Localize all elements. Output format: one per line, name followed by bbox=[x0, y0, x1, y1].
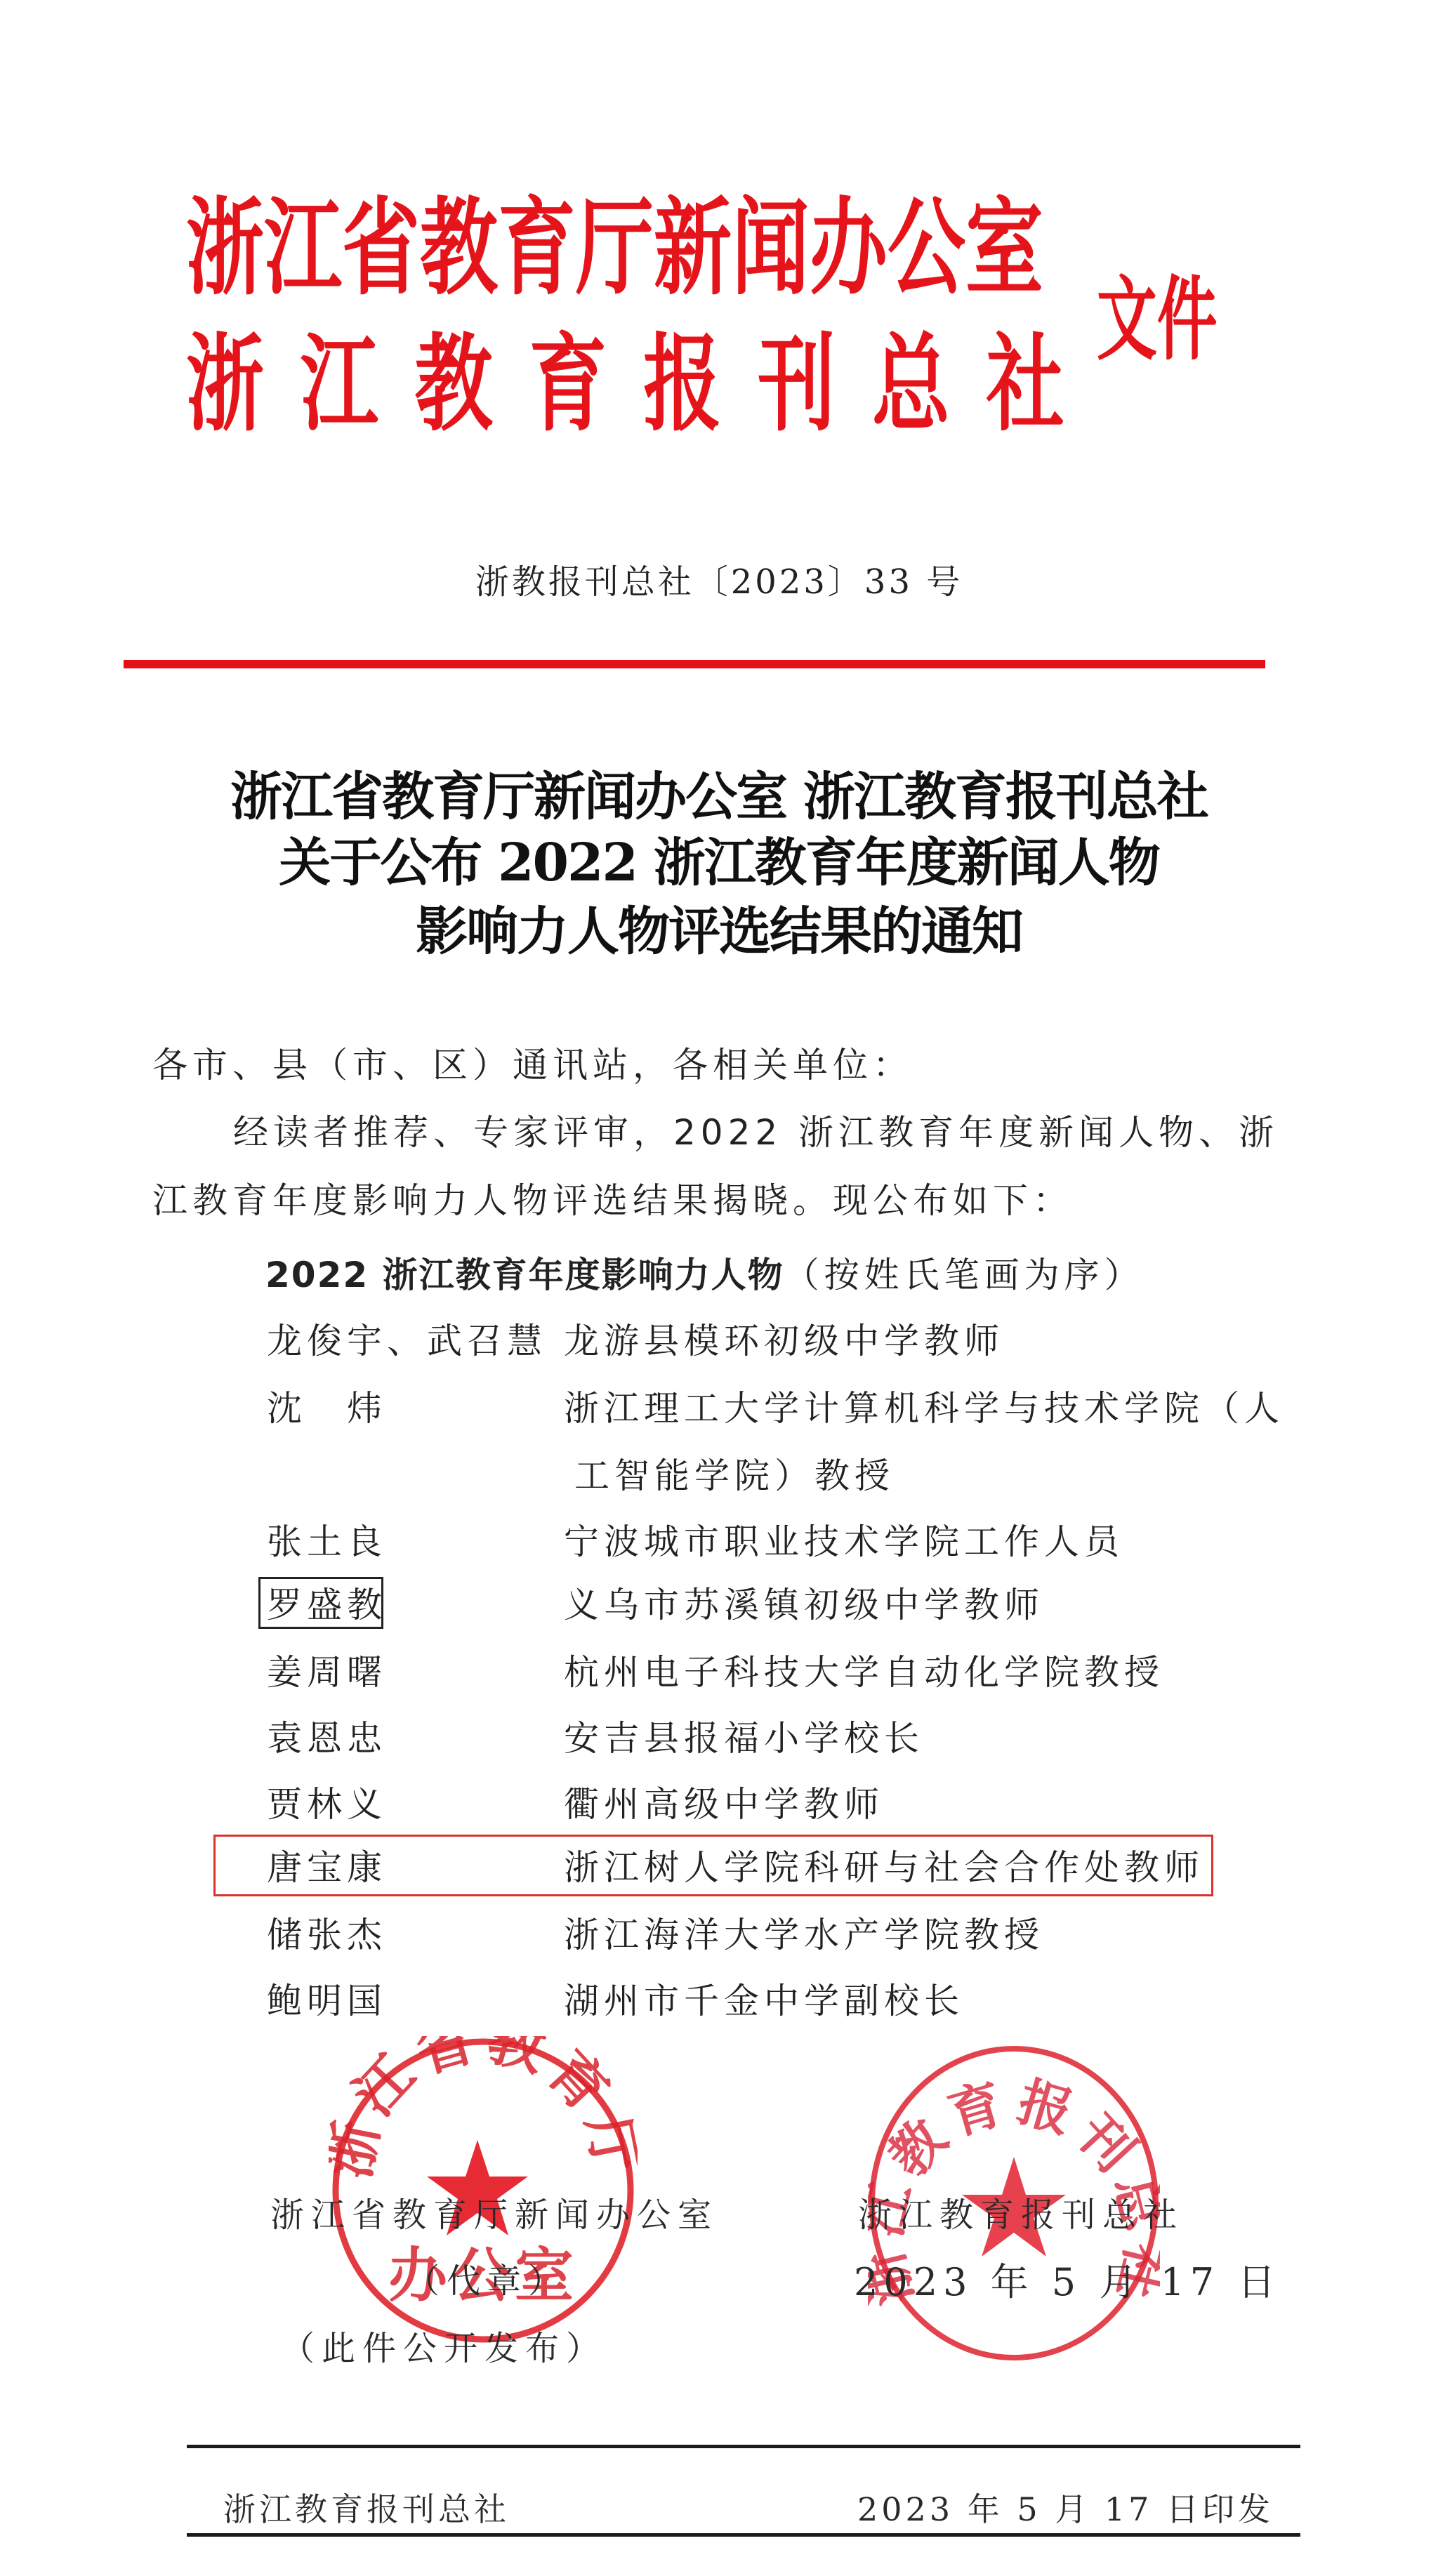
red-divider bbox=[124, 660, 1265, 668]
paragraph-line1: 经读者推荐、专家评审，2022 浙江教育年度新闻人物、浙 bbox=[233, 1111, 1279, 1154]
list-heading: 2022 浙江教育年度影响力人物（按姓氏笔画为序） bbox=[265, 1254, 1145, 1296]
row-org-1: 浙江理工大学计算机科学与技术学院（人 bbox=[564, 1387, 1284, 1429]
letterhead-suffix: 文件 bbox=[1097, 261, 1218, 377]
signature-right-org: 浙江教育报刊总社 bbox=[858, 2188, 1184, 2236]
footer-bottom-rule bbox=[187, 2533, 1300, 2537]
salutation: 各市、县（市、区）通讯站，各相关单位： bbox=[152, 1044, 913, 1086]
row-name-3: 罗盛教 bbox=[267, 1584, 387, 1626]
row-name-9: 鲍明国 bbox=[267, 1980, 387, 2022]
row-name-1: 沈 炜 bbox=[267, 1387, 387, 1429]
public-release-note: （此件公开发布） bbox=[281, 2321, 607, 2370]
row-name-7: 唐宝康 bbox=[267, 1847, 387, 1889]
footer-print-date: 2023 年 5 月 17 日印发 bbox=[857, 2484, 1274, 2530]
row-name-2: 张土良 bbox=[267, 1521, 387, 1563]
row-org-2: 宁波城市职业技术学院工作人员 bbox=[564, 1521, 1124, 1563]
row-org-7: 浙江树人学院科研与社会合作处教师 bbox=[564, 1847, 1204, 1889]
title-line1: 浙江省教育厅新闻办公室 浙江教育报刊总社 bbox=[0, 755, 1438, 830]
row-org-9: 湖州市千金中学副校长 bbox=[564, 1980, 964, 2022]
list-heading-note: （按姓氏笔画为序） bbox=[784, 1255, 1145, 1295]
footer-issuer: 浙江教育报刊总社 bbox=[223, 2484, 510, 2530]
row-org-0: 龙游县模环初级中学教师 bbox=[564, 1320, 1004, 1362]
row-org-4: 杭州电子科技大学自动化学院教授 bbox=[564, 1651, 1164, 1693]
signature-left-note: （代章） bbox=[406, 2254, 569, 2302]
signature-date: 2023 年 5 月 17 日 bbox=[854, 2252, 1281, 2306]
title-line2: 关于公布 2022 浙江教育年度新闻人物 bbox=[0, 821, 1438, 896]
footer-top-rule bbox=[187, 2445, 1300, 2448]
row-org-3: 义乌市苏溪镇初级中学教师 bbox=[564, 1584, 1044, 1626]
row-org-5: 安吉县报福小学校长 bbox=[564, 1717, 924, 1759]
document-number: 浙教报刊总社〔2023〕33 号 bbox=[0, 555, 1438, 603]
letterhead-line1: 浙江省教育厅新闻办公室 bbox=[186, 188, 1043, 308]
row-name-5: 袁恩忠 bbox=[267, 1717, 387, 1759]
signature-left-org: 浙江省教育厅新闻办公室 bbox=[270, 2188, 718, 2236]
row-org-1-continued: 工智能学院）教授 bbox=[574, 1455, 895, 1497]
row-name-4: 姜周曙 bbox=[267, 1651, 387, 1693]
row-name-8: 储张杰 bbox=[267, 1914, 387, 1956]
title-line3: 影响力人物评选结果的通知 bbox=[0, 890, 1438, 965]
row-name-6: 贾林义 bbox=[267, 1783, 387, 1825]
paragraph-line2: 江教育年度影响力人物评选结果揭晓。现公布如下： bbox=[152, 1180, 1073, 1222]
row-org-6: 衢州高级中学教师 bbox=[564, 1783, 884, 1825]
list-heading-title: 2022 浙江教育年度影响力人物 bbox=[265, 1255, 784, 1295]
letterhead-line2: 浙江教育报刊总社 bbox=[186, 324, 1100, 444]
row-name-0: 龙俊宇、武召慧 bbox=[267, 1320, 547, 1362]
row-org-8: 浙江海洋大学水产学院教授 bbox=[564, 1914, 1044, 1956]
